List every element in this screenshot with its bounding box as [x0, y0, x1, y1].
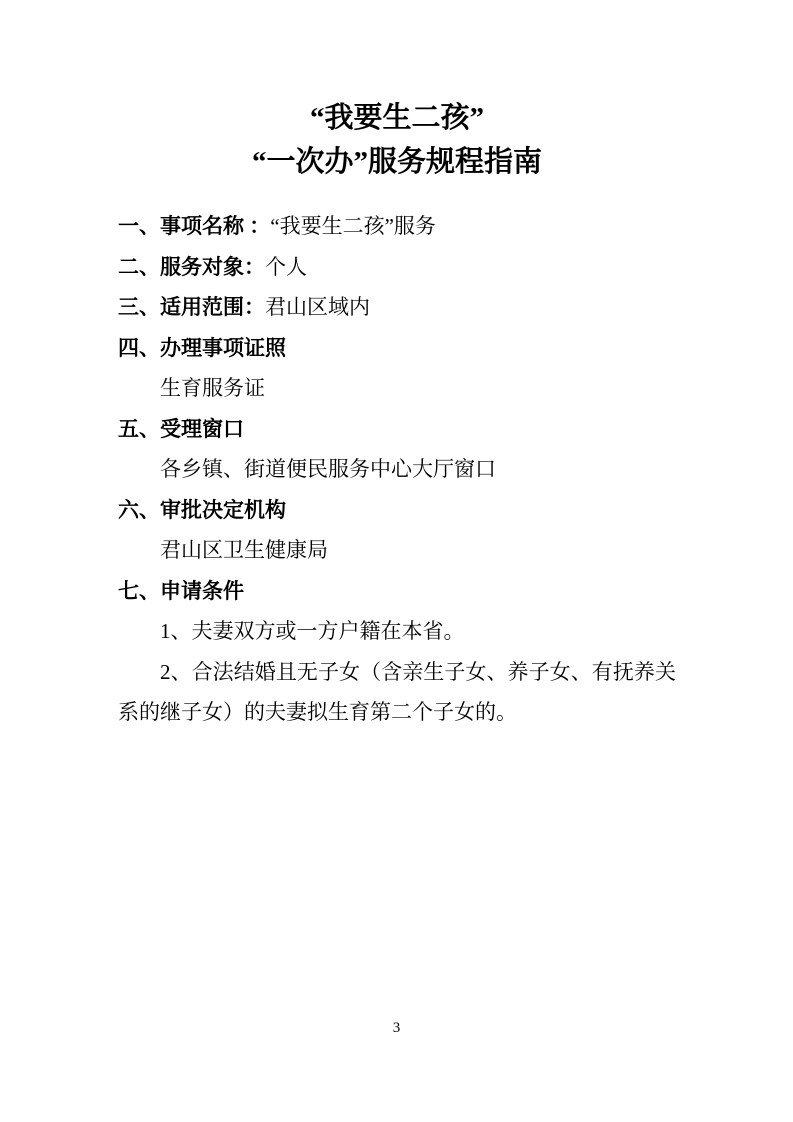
document-title-line1: “我要生二孩” — [118, 96, 676, 140]
section-number: 七、 — [118, 579, 160, 603]
section-heading-6: 六、审批决定机构 — [118, 490, 676, 531]
section-heading-4: 四、办理事项证照 — [118, 328, 676, 369]
section-heading-5: 五、受理窗口 — [118, 409, 676, 450]
section-label: 审批决定机构 — [160, 498, 286, 522]
section-number: 二、 — [118, 255, 160, 279]
section-heading-2: 二、服务对象：个人 — [118, 247, 676, 288]
section-number: 一、 — [118, 214, 160, 238]
section-body-6-line1: 君山区卫生健康局 — [118, 530, 676, 571]
section-heading-7: 七、申请条件 — [118, 571, 676, 612]
section-label: 受理窗口 — [160, 417, 244, 441]
section-body-5-line1: 各乡镇、街道便民服务中心大厅窗口 — [118, 449, 676, 490]
section-number: 四、 — [118, 336, 160, 360]
section-value: 个人 — [265, 255, 307, 279]
document-page: “我要生二孩” “一次办”服务规程指南 一、事项名称 ：“我要生二孩”服务 二、… — [0, 0, 793, 1122]
section-body-4-line1: 生育服务证 — [118, 368, 676, 409]
document-title: “我要生二孩” “一次办”服务规程指南 — [118, 96, 676, 184]
document-title-line2: “一次办”服务规程指南 — [118, 140, 676, 184]
section-number: 三、 — [118, 295, 160, 319]
page-number: 3 — [0, 1018, 793, 1038]
section-label: 申请条件 — [160, 579, 244, 603]
section-value: “我要生二孩”服务 — [270, 214, 436, 238]
section-label: 服务对象： — [160, 255, 265, 279]
section-body-7-line2: 2、合法结婚且无子女（含亲生子女、养子女、有抚养关系的继子女）的夫妻拟生育第二个… — [118, 652, 676, 733]
section-heading-3: 三、适用范围：君山区域内 — [118, 287, 676, 328]
section-value: 君山区域内 — [265, 295, 370, 319]
section-heading-1: 一、事项名称 ：“我要生二孩”服务 — [118, 206, 676, 247]
section-label: 事项名称 ： — [160, 214, 270, 238]
section-number: 六、 — [118, 498, 160, 522]
section-label: 办理事项证照 — [160, 336, 286, 360]
section-number: 五、 — [118, 417, 160, 441]
section-label: 适用范围： — [160, 295, 265, 319]
section-body-7-line1: 1、夫妻双方或一方户籍在本省。 — [118, 611, 676, 652]
